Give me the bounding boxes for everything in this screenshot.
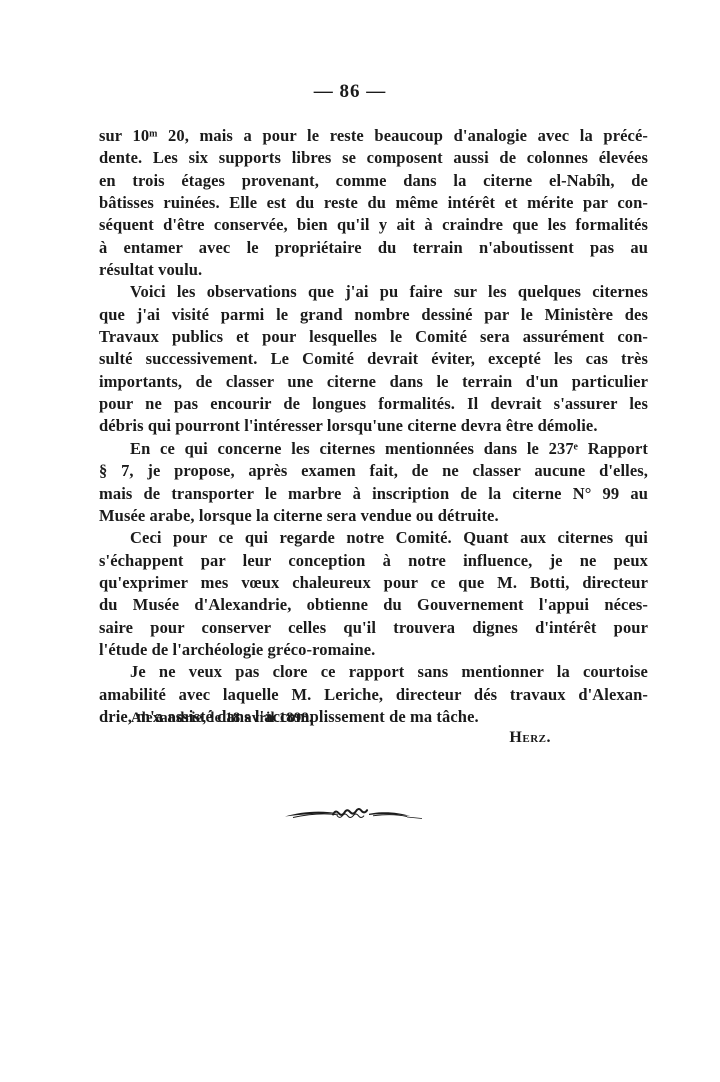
paragraph: Voici les observations que j'ai pu faire… (99, 281, 648, 437)
scanned-report-page: — 86 — sur 10ᵐ 20, mais a pour le reste … (0, 0, 720, 1082)
text-line: séquent d'être conservée, bien qu'il y a… (99, 214, 648, 236)
text-line: dente. Les six supports libres se compos… (99, 147, 648, 169)
paragraph: sur 10ᵐ 20, mais a pour le reste beaucou… (99, 125, 648, 281)
text-line: sur 10ᵐ 20, mais a pour le reste beaucou… (99, 125, 648, 147)
text-line: résultat voulu. (99, 259, 648, 281)
text-line: mais de transporter le marbre à inscript… (99, 483, 648, 505)
text-line: § 7, je propose, après examen fait, de n… (99, 460, 648, 482)
text-line: amabilité avec laquelle M. Leriche, dire… (99, 684, 648, 706)
paragraph: En ce qui concerne les citernes mentionn… (99, 438, 648, 527)
text-line: Travaux publics et pour lesquelles le Co… (99, 326, 648, 348)
text-line: Je ne veux pas clore ce rapport sans men… (99, 661, 648, 683)
text-line: à entamer avec le propriétaire du terrai… (99, 237, 648, 259)
text-line: débris qui pourront l'intéresser lorsqu'… (99, 415, 648, 437)
paragraph: Ceci pour ce qui regarde notre Comité. Q… (99, 527, 648, 661)
text-line: pour ne pas encourir de longues formalit… (99, 393, 648, 415)
text-line: Musée arabe, lorsque la citerne sera ven… (99, 505, 648, 527)
text-line: qu'exprimer mes vœux chaleureux pour ce … (99, 572, 648, 594)
text-line: sulté successivement. Le Comité devrait … (99, 348, 648, 370)
page-number-header: — 86 — (0, 81, 700, 103)
text-line: du Musée d'Alexandrie, obtienne du Gouve… (99, 594, 648, 616)
text-line: l'étude de l'archéologie gréco-romaine. (99, 639, 648, 661)
text-line: que j'ai visité parmi le grand nombre de… (99, 304, 648, 326)
text-line: saire pour conserver celles qu'il trouve… (99, 617, 648, 639)
report-body-text: sur 10ᵐ 20, mais a pour le reste beaucou… (99, 125, 648, 728)
tailpiece-ornament-icon (283, 803, 423, 825)
text-line: s'échappent par leur conception à notre … (99, 550, 648, 572)
signature: Herz. (0, 729, 551, 747)
text-line: importants, de classer une citerne dans … (99, 371, 648, 393)
text-line: bâtisses ruinées. Elle est du reste du m… (99, 192, 648, 214)
text-line: En ce qui concerne les citernes mentionn… (99, 438, 648, 460)
dateline: Alexandrie, le 18 avril 1898. (131, 710, 313, 727)
text-line: Voici les observations que j'ai pu faire… (99, 281, 648, 303)
text-line: en trois étages provenant, comme dans la… (99, 170, 648, 192)
text-line: Ceci pour ce qui regarde notre Comité. Q… (99, 527, 648, 549)
